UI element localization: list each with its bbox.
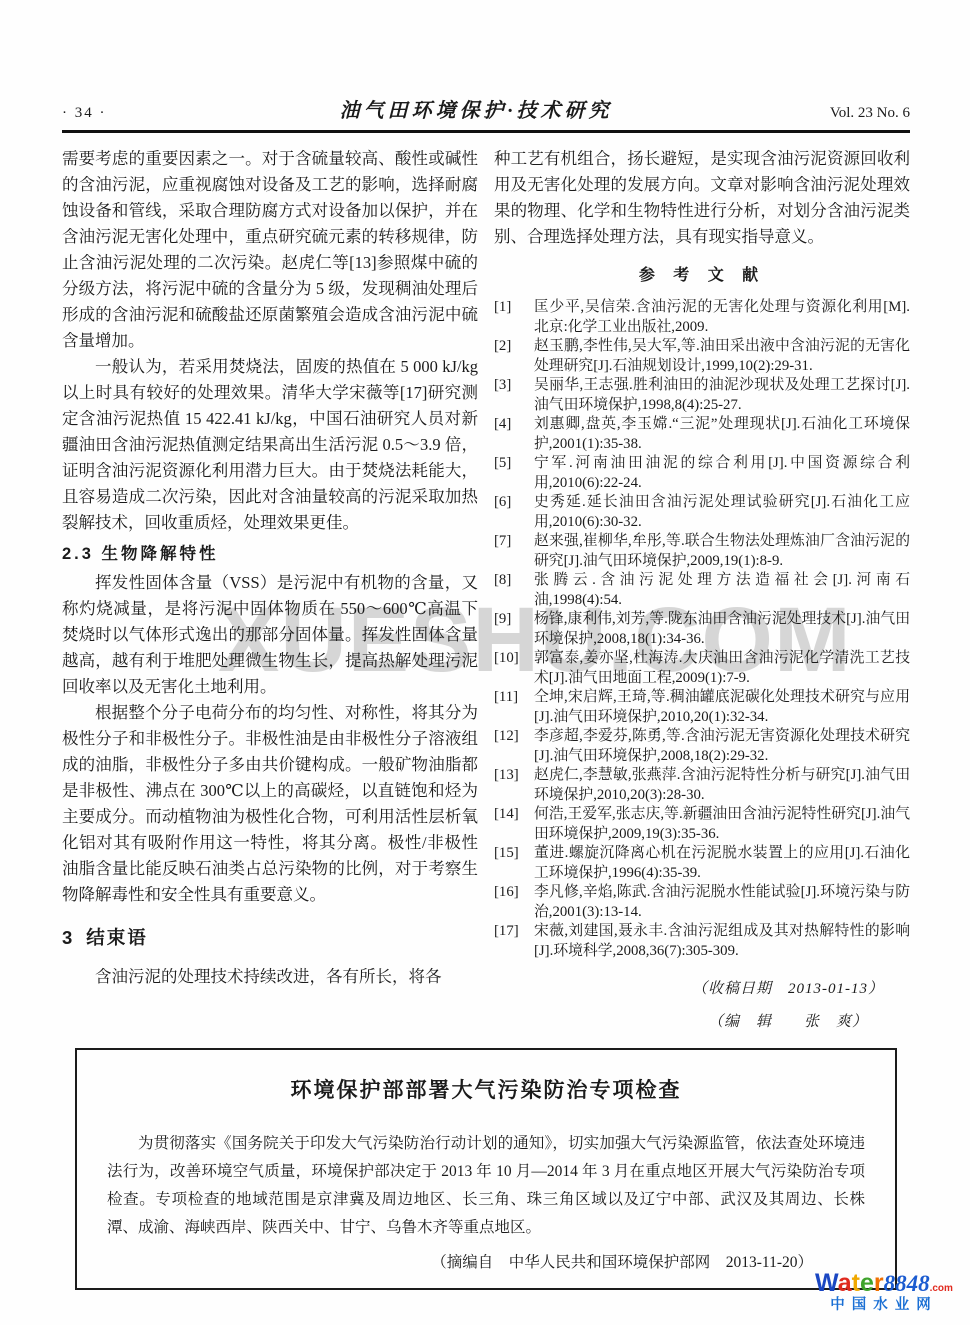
section-number: 3: [62, 927, 72, 948]
reference-item: [16] 李凡修,辛焰,陈武.含油污泥脱水性能试验[J].环境污染与防治,200…: [494, 883, 910, 922]
reference-item: [9] 杨锋,康利伟,刘芳,等.陇东油田含油污泥处理技术[J].油气田环境保护,…: [494, 610, 910, 649]
reference-item: [6] 史秀延.延长油田含油污泥处理试验研究[J].石油化工应用,2010(6)…: [494, 493, 910, 532]
reference-label: [5]: [494, 454, 534, 474]
section-heading-2-3: 2.3 生物降解特性: [62, 541, 478, 567]
reference-text: 李凡修,辛焰,陈武.含油污泥脱水性能试验[J].环境污染与防治,2001(3):…: [534, 883, 910, 922]
reference-text: 史秀延.延长油田含油污泥处理试验研究[J].石油化工应用,2010(6):30-…: [534, 493, 910, 532]
reference-label: [12]: [494, 727, 534, 747]
reference-text: 仝坤,宋启辉,王琦,等.稠油罐底泥碳化处理技术研究与应用[J].油气田环境保护,…: [534, 688, 910, 727]
reference-text: 宁军.河南油田油泥的综合利用[J].中国资源综合利用,2010(6):22-24…: [534, 454, 910, 493]
reference-text: 赵来强,崔柳华,牟彤,等.联合生物法处理炼油厂含油污泥的研究[J].油气田环境保…: [534, 532, 910, 571]
section-title: 结束语: [86, 927, 148, 948]
reference-text: 赵玉鹏,李性伟,吴大军,等.油田采出液中含油污泥的无害化处理研究[J].石油规划…: [534, 337, 910, 376]
reference-item: [3] 吴丽华,王志强.胜利油田的油泥沙现状及处理工艺探讨[J].油气田环境保护…: [494, 376, 910, 415]
reference-label: [14]: [494, 805, 534, 825]
water8848-wordmark: Water8848.com: [804, 1270, 964, 1296]
reference-label: [4]: [494, 415, 534, 435]
reference-text: 李彦超,李爱芬,陈勇,等.含油污泥无害资源化处理技术研究[J].油气田环境保护,…: [534, 727, 910, 766]
received-date: （收稿日期 2013-01-13）: [494, 976, 910, 1002]
body-paragraph: 根据整个分子电荷分布的均匀性、对称性，将其分为极性分子和非极性分子。非极性油是由…: [62, 700, 478, 908]
reference-item: [4] 刘惠卿,盘英,李玉嫦.“三泥”处理现状[J].石油化工环境保护,2001…: [494, 415, 910, 454]
journal-page: XUESHU.COM · 34 · 油气田环境保护·技术研究 Vol. 23 N…: [0, 0, 970, 1325]
water8848-logo: Water8848.com 中国水业网: [804, 1270, 964, 1313]
body-paragraph: 需要考虑的重要因素之一。对于含硫量较高、酸性或碱性的含油污泥，应重视腐蚀对设备及…: [62, 146, 478, 354]
body-paragraph: 种工艺有机组合，扬长避短，是实现含油污泥资源回收利用及无害化处理的发展方向。文章…: [494, 146, 910, 250]
reference-label: [3]: [494, 376, 534, 396]
two-column-body: 需要考虑的重要因素之一。对于含硫量较高、酸性或碱性的含油污泥，应重视腐蚀对设备及…: [62, 146, 910, 1035]
reference-text: 刘惠卿,盘英,李玉嫦.“三泥”处理现状[J].石油化工环境保护,2001(1):…: [534, 415, 910, 454]
volume-issue: Vol. 23 No. 6: [780, 105, 910, 122]
reference-label: [15]: [494, 844, 534, 864]
logo-subtitle: 中国水业网: [804, 1298, 964, 1313]
page-content: · 34 · 油气田环境保护·技术研究 Vol. 23 No. 6 需要考虑的重…: [62, 94, 910, 1035]
logo-number: 8848: [884, 1271, 930, 1296]
body-paragraph: 挥发性固体含量（VSS）是污泥中有机物的含量，又称灼烧减量，是将污泥中固体物质在…: [62, 570, 478, 700]
section-heading-3: 3结束语: [62, 925, 478, 951]
left-column: 需要考虑的重要因素之一。对于含硫量较高、酸性或碱性的含油污泥，应重视腐蚀对设备及…: [62, 146, 478, 1035]
reference-item: [7] 赵来强,崔柳华,牟彤,等.联合生物法处理炼油厂含油污泥的研究[J].油气…: [494, 532, 910, 571]
reference-item: [11] 仝坤,宋启辉,王琦,等.稠油罐底泥碳化处理技术研究与应用[J].油气田…: [494, 688, 910, 727]
reference-item: [13] 赵虎仁,李慧敏,张燕萍.含油污泥特性分析与研究[J].油气田环境保护,…: [494, 766, 910, 805]
reference-item: [15] 董进.螺旋沉降离心机在污泥脱水装置上的应用[J].石油化工环境保护,1…: [494, 844, 910, 883]
reference-label: [17]: [494, 922, 534, 942]
journal-title: 油气田环境保护·技术研究: [172, 94, 780, 123]
editor-credit: （编 辑 张 爽）: [494, 1009, 910, 1035]
reference-text: 宋薇,刘建国,聂永丰.含油污泥组成及其对热解特性的影响[J].环境科学,2008…: [534, 922, 910, 961]
body-paragraph: 含油污泥的处理技术持续改进，各有所长，将各: [62, 964, 478, 990]
reference-text: 郭富泰,姜亦坚,杜海涛.大庆油田含油污泥化学清洗工艺技术[J].油气田地面工程,…: [534, 649, 910, 688]
reference-text: 杨锋,康利伟,刘芳,等.陇东油田含油污泥处理技术[J].油气田环境保护,2008…: [534, 610, 910, 649]
logo-letter: W: [815, 1269, 838, 1297]
logo-letter: a: [838, 1269, 852, 1297]
right-column: 种工艺有机组合，扬长避短，是实现含油污泥资源回收利用及无害化处理的发展方向。文章…: [494, 146, 910, 1035]
reference-label: [9]: [494, 610, 534, 630]
references-heading: 参 考 文 献: [494, 263, 910, 289]
reference-text: 赵虎仁,李慧敏,张燕萍.含油污泥特性分析与研究[J].油气田环境保护,2010,…: [534, 766, 910, 805]
logo-dotcom: .com: [930, 1283, 953, 1294]
reference-text: 匡少平,吴信荣.含油污泥的无害化处理与资源化利用[M]. 北京:化学工业出版社,…: [534, 298, 910, 337]
reference-item: [17] 宋薇,刘建国,聂永丰.含油污泥组成及其对热解特性的影响[J].环境科学…: [494, 922, 910, 961]
reference-item: [12] 李彦超,李爱芬,陈勇,等.含油污泥无害资源化处理技术研究[J].油气田…: [494, 727, 910, 766]
reference-item: [1] 匡少平,吴信荣.含油污泥的无害化处理与资源化利用[M]. 北京:化学工业…: [494, 298, 910, 337]
reference-text: 董进.螺旋沉降离心机在污泥脱水装置上的应用[J].石油化工环境保护,1996(4…: [534, 844, 910, 883]
page-header: · 34 · 油气田环境保护·技术研究 Vol. 23 No. 6: [62, 94, 910, 123]
reference-label: [13]: [494, 766, 534, 786]
reference-label: [16]: [494, 883, 534, 903]
reference-text: 张腾云.含油污泥处理方法造福社会[J].河南石油,1998(4):54.: [534, 571, 910, 610]
page-number: · 34 ·: [62, 105, 172, 122]
body-paragraph: 一般认为，若采用焚烧法，固废的热值在 5 000 kJ/kg以上时具有较好的处理…: [62, 354, 478, 536]
notice-body: 为贯彻落实《国务院关于印发大气污染防治行动计划的通知》，切实加强大气污染源监管，…: [107, 1130, 865, 1242]
reference-label: [1]: [494, 298, 534, 318]
references-list: [1] 匡少平,吴信荣.含油污泥的无害化处理与资源化利用[M]. 北京:化学工业…: [494, 298, 910, 961]
notice-attribution: （摘编自 中华人民共和国环境保护部网 2013-11-20）: [107, 1250, 865, 1272]
reference-item: [5] 宁军.河南油田油泥的综合利用[J].中国资源综合利用,2010(6):2…: [494, 454, 910, 493]
reference-label: [2]: [494, 337, 534, 357]
reference-item: [10] 郭富泰,姜亦坚,杜海涛.大庆油田含油污泥化学清洗工艺技术[J].油气田…: [494, 649, 910, 688]
reference-item: [14] 何浩,王爱军,张志庆,等.新疆油田含油污泥特性研究[J].油气田环境保…: [494, 805, 910, 844]
notice-title: 环境保护部部署大气污染防治专项检查: [107, 1074, 865, 1104]
reference-label: [10]: [494, 649, 534, 669]
reference-label: [7]: [494, 532, 534, 552]
logo-letter: t: [852, 1269, 860, 1297]
news-notice-box: 环境保护部部署大气污染防治专项检查 为贯彻落实《国务院关于印发大气污染防治行动计…: [75, 1048, 897, 1290]
reference-label: [8]: [494, 571, 534, 591]
logo-letter: r: [874, 1269, 884, 1297]
reference-label: [11]: [494, 688, 534, 708]
reference-text: 何浩,王爱军,张志庆,等.新疆油田含油污泥特性研究[J].油气田环境保护,200…: [534, 805, 910, 844]
header-rule: [62, 130, 910, 133]
logo-letter: e: [860, 1269, 874, 1297]
reference-text: 吴丽华,王志强.胜利油田的油泥沙现状及处理工艺探讨[J].油气田环境保护,199…: [534, 376, 910, 415]
reference-item: [8] 张腾云.含油污泥处理方法造福社会[J].河南石油,1998(4):54.: [494, 571, 910, 610]
reference-item: [2] 赵玉鹏,李性伟,吴大军,等.油田采出液中含油污泥的无害化处理研究[J].…: [494, 337, 910, 376]
reference-label: [6]: [494, 493, 534, 513]
